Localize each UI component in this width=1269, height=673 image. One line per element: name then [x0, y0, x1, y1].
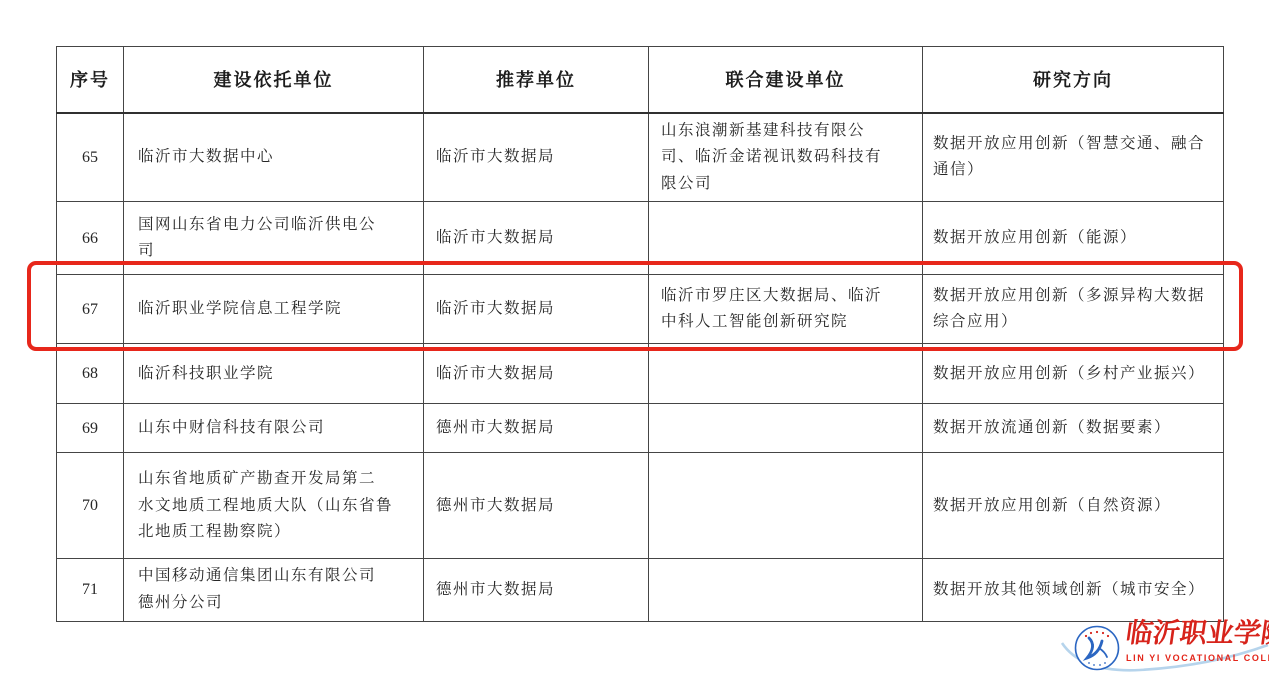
- cell-recommender: 临沂市大数据局: [424, 113, 649, 202]
- cell-recommender: 德州市大数据局: [424, 559, 649, 621]
- cell-unit: 临沂职业学院信息工程学院: [124, 275, 424, 344]
- cell-direction: 数据开放应用创新（能源）: [923, 202, 1224, 275]
- cell-direction: 数据开放应用创新（智慧交通、融合 通信）: [923, 113, 1224, 202]
- cell-direction: 数据开放应用创新（自然资源）: [923, 453, 1224, 559]
- cell-recommender: 德州市大数据局: [424, 404, 649, 453]
- cell-direction: 数据开放应用创新（乡村产业振兴）: [923, 344, 1224, 404]
- results-table: 序号 建设依托单位 推荐单位 联合建设单位 研究方向 65 临沂市大数据中心 临…: [56, 46, 1224, 622]
- cell-joint: [649, 404, 923, 453]
- cell-recommender: 临沂市大数据局: [424, 275, 649, 344]
- college-name-zh: 临沂职业学院: [1124, 617, 1269, 649]
- cell-joint: [649, 453, 923, 559]
- table-row: 65 临沂市大数据中心 临沂市大数据局 山东浪潮新基建科技有限公 司、临沂金诺视…: [57, 113, 1224, 202]
- scanned-document-page: 序号 建设依托单位 推荐单位 联合建设单位 研究方向 65 临沂市大数据中心 临…: [0, 0, 1269, 673]
- header-direction: 研究方向: [923, 47, 1224, 113]
- cell-seq: 67: [57, 275, 124, 344]
- cell-joint: 临沂市罗庄区大数据局、临沂 中科人工智能创新研究院: [649, 275, 923, 344]
- cell-recommender: 德州市大数据局: [424, 453, 649, 559]
- cell-recommender: 临沂市大数据局: [424, 344, 649, 404]
- cell-seq: 69: [57, 404, 124, 453]
- table-row: 70 山东省地质矿产勘查开发局第二 水文地质工程地质大队（山东省鲁 北地质工程勘…: [57, 453, 1224, 559]
- cell-unit: 国网山东省电力公司临沂供电公 司: [124, 202, 424, 275]
- cell-unit: 临沂市大数据中心: [124, 113, 424, 202]
- cell-unit: 临沂科技职业学院: [124, 344, 424, 404]
- cell-unit: 山东中财信科技有限公司: [124, 404, 424, 453]
- cell-joint: [649, 559, 923, 621]
- cell-unit: 中国移动通信集团山东有限公司 德州分公司: [124, 559, 424, 621]
- cell-joint: [649, 344, 923, 404]
- header-unit: 建设依托单位: [124, 47, 424, 113]
- header-seq: 序号: [57, 47, 124, 113]
- cell-direction: 数据开放应用创新（多源异构大数据 综合应用）: [923, 275, 1224, 344]
- cell-joint: 山东浪潮新基建科技有限公 司、临沂金诺视讯数码科技有 限公司: [649, 113, 923, 202]
- cell-joint: [649, 202, 923, 275]
- header-row: 序号 建设依托单位 推荐单位 联合建设单位 研究方向: [57, 47, 1224, 113]
- table-row: 68 临沂科技职业学院 临沂市大数据局 数据开放应用创新（乡村产业振兴）: [57, 344, 1224, 404]
- table-body: 65 临沂市大数据中心 临沂市大数据局 山东浪潮新基建科技有限公 司、临沂金诺视…: [57, 113, 1224, 622]
- cell-seq: 70: [57, 453, 124, 559]
- cell-unit: 山东省地质矿产勘查开发局第二 水文地质工程地质大队（山东省鲁 北地质工程勘察院）: [124, 453, 424, 559]
- table-row: 71 中国移动通信集团山东有限公司 德州分公司 德州市大数据局 数据开放其他领域…: [57, 559, 1224, 621]
- table-row: 69 山东中财信科技有限公司 德州市大数据局 数据开放流通创新（数据要素）: [57, 404, 1224, 453]
- header-recommender: 推荐单位: [424, 47, 649, 113]
- cell-direction: 数据开放流通创新（数据要素）: [923, 404, 1224, 453]
- cell-direction: 数据开放其他领域创新（城市安全）: [923, 559, 1224, 621]
- cell-seq: 68: [57, 344, 124, 404]
- table-row-highlighted: 67 临沂职业学院信息工程学院 临沂市大数据局 临沂市罗庄区大数据局、临沂 中科…: [57, 275, 1224, 344]
- cell-seq: 71: [57, 559, 124, 621]
- college-name-en: LIN YI VOCATIONAL COLLEGE: [1126, 653, 1269, 663]
- college-emblem-icon: [1074, 625, 1120, 671]
- college-logo: 临沂职业学院 LIN YI VOCATIONAL COLLEGE: [1060, 619, 1269, 673]
- table-row: 66 国网山东省电力公司临沂供电公 司 临沂市大数据局 数据开放应用创新（能源）: [57, 202, 1224, 275]
- cell-seq: 66: [57, 202, 124, 275]
- cell-seq: 65: [57, 113, 124, 202]
- header-joint: 联合建设单位: [649, 47, 923, 113]
- table-header: 序号 建设依托单位 推荐单位 联合建设单位 研究方向: [57, 47, 1224, 113]
- cell-recommender: 临沂市大数据局: [424, 202, 649, 275]
